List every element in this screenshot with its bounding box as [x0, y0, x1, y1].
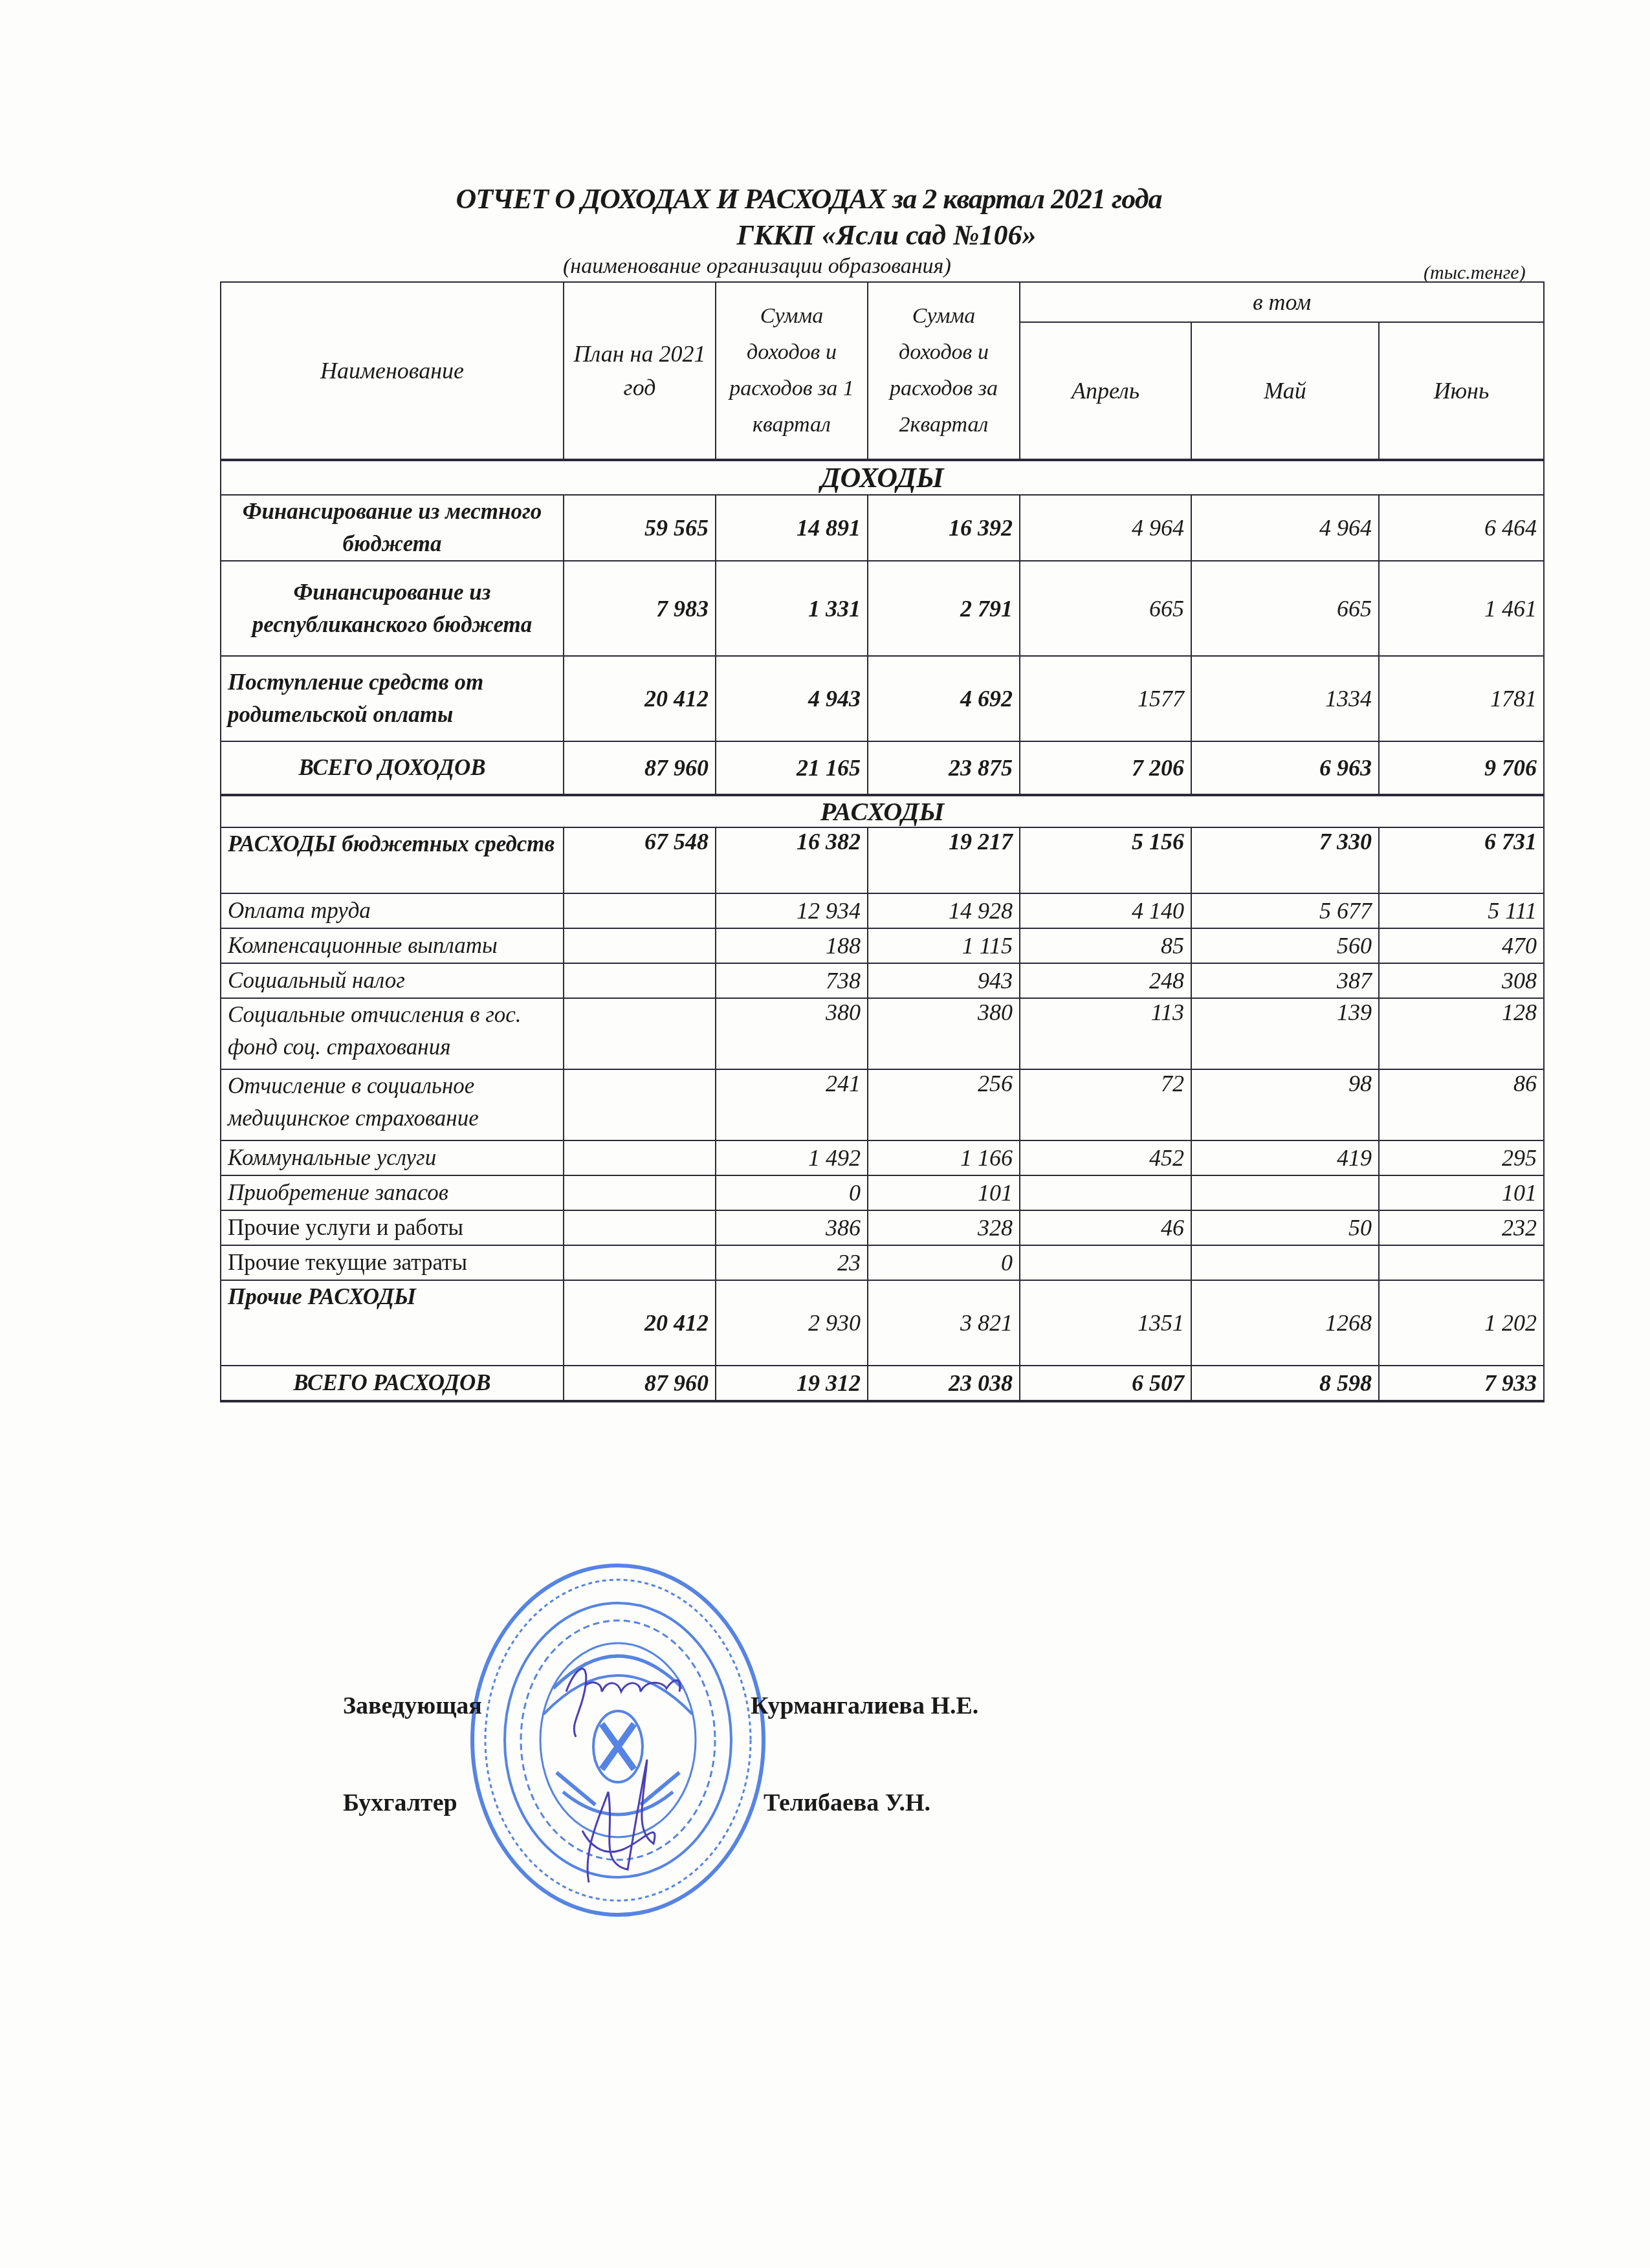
- cell-june: [1379, 1245, 1544, 1280]
- cell-june: 1 461: [1379, 561, 1544, 656]
- cell-plan: [564, 963, 716, 998]
- cell-june: 295: [1379, 1140, 1544, 1175]
- cell-q2: 101: [868, 1175, 1020, 1210]
- table-row: Поступление средств от родительской опла…: [221, 656, 1544, 741]
- cell-june: 6 464: [1379, 495, 1544, 561]
- cell-q2: 16 392: [868, 495, 1020, 561]
- row-label: Финансирование из республиканского бюдже…: [221, 561, 564, 656]
- row-label: Коммунальные услуги: [221, 1140, 564, 1175]
- cell-april: 46: [1020, 1210, 1191, 1245]
- cell-q1: 241: [716, 1069, 868, 1140]
- cell-q1: 188: [716, 928, 868, 963]
- table-row: Финансирование из местного бюджета59 565…: [221, 495, 1544, 561]
- header-q1: Сумма доходов и расходов за 1 квартал: [716, 282, 868, 460]
- header-plan: План на 2021 год: [564, 282, 716, 460]
- cell-plan: 59 565: [564, 495, 716, 561]
- cell-june: 470: [1379, 928, 1544, 963]
- table-row: Прочие услуги и работы3863284650232: [221, 1210, 1544, 1245]
- cell-june: 86: [1379, 1069, 1544, 1140]
- cell-q1: 14 891: [716, 495, 868, 561]
- organization-name: ГККП «Ясли сад №106»: [725, 219, 1048, 252]
- cell-plan: [564, 928, 716, 963]
- cell-q2: 2 791: [868, 561, 1020, 656]
- organization-caption: (наименование организации образования): [563, 254, 951, 279]
- row-label: Поступление средств от родительской опла…: [221, 656, 564, 741]
- cell-april: 113: [1020, 998, 1191, 1069]
- cell-q1: 386: [716, 1210, 868, 1245]
- cell-april: 5 156: [1020, 827, 1191, 893]
- cell-q2: 23 875: [868, 741, 1020, 795]
- cell-april: 248: [1020, 963, 1191, 998]
- cell-q1: 2 930: [716, 1280, 868, 1366]
- cell-q2: 256: [868, 1069, 1020, 1140]
- row-label: ВСЕГО РАСХОДОВ: [221, 1366, 564, 1401]
- cell-june: 1781: [1379, 656, 1544, 741]
- table-row: Финансирование из республиканского бюдже…: [221, 561, 1544, 656]
- cell-may: 8 598: [1191, 1366, 1379, 1401]
- cell-may: 7 330: [1191, 827, 1379, 893]
- header-name: Наименование: [221, 282, 564, 460]
- row-label: Компенсационные выплаты: [221, 928, 564, 963]
- cell-plan: [564, 1210, 716, 1245]
- table-row: РАСХОДЫ бюджетных средств67 54816 38219 …: [221, 827, 1544, 893]
- row-label: Прочие услуги и работы: [221, 1210, 564, 1245]
- cell-q1: 19 312: [716, 1366, 868, 1401]
- cell-q2: 23 038: [868, 1366, 1020, 1401]
- cell-plan: [564, 998, 716, 1069]
- cell-june: 5 111: [1379, 893, 1544, 928]
- cell-may: [1191, 1245, 1379, 1280]
- row-label: ВСЕГО ДОХОДОВ: [221, 741, 564, 795]
- cell-june: 1 202: [1379, 1280, 1544, 1366]
- cell-plan: 87 960: [564, 741, 716, 795]
- cell-april: 7 206: [1020, 741, 1191, 795]
- header-april: Апрель: [1020, 322, 1191, 460]
- cell-may: 560: [1191, 928, 1379, 963]
- cell-q2: 3 821: [868, 1280, 1020, 1366]
- cell-q2: 1 166: [868, 1140, 1020, 1175]
- cell-april: 4 964: [1020, 495, 1191, 561]
- cell-q2: 943: [868, 963, 1020, 998]
- accountant-role: Бухгалтер: [343, 1789, 457, 1817]
- cell-q2: 0: [868, 1245, 1020, 1280]
- table-row: Компенсационные выплаты1881 11585560470: [221, 928, 1544, 963]
- row-label: Финансирование из местного бюджета: [221, 495, 564, 561]
- header-june: Июнь: [1379, 322, 1544, 460]
- accountant-name: Телибаева У.Н.: [764, 1789, 930, 1817]
- cell-may: 50: [1191, 1210, 1379, 1245]
- cell-april: 452: [1020, 1140, 1191, 1175]
- cell-q2: 1 115: [868, 928, 1020, 963]
- cell-q1: 738: [716, 963, 868, 998]
- cell-q2: 19 217: [868, 827, 1020, 893]
- cell-june: 9 706: [1379, 741, 1544, 795]
- cell-plan: 67 548: [564, 827, 716, 893]
- director-role: Заведующая: [343, 1692, 482, 1720]
- row-label: Социальные отчисления в гос. фонд соц. с…: [221, 998, 564, 1069]
- row-label: Социальный налог: [221, 963, 564, 998]
- cell-june: 128: [1379, 998, 1544, 1069]
- section-heading: ДОХОДЫ: [221, 460, 1544, 495]
- cell-q1: 4 943: [716, 656, 868, 741]
- cell-q1: 1 331: [716, 561, 868, 656]
- table-row: Коммунальные услуги1 4921 166452419295: [221, 1140, 1544, 1175]
- header-may: Май: [1191, 322, 1379, 460]
- cell-q2: 380: [868, 998, 1020, 1069]
- cell-plan: [564, 1175, 716, 1210]
- header-q2: Сумма доходов и расходов за 2квартал: [868, 282, 1020, 460]
- cell-may: 665: [1191, 561, 1379, 656]
- cell-april: [1020, 1245, 1191, 1280]
- cell-may: 1268: [1191, 1280, 1379, 1366]
- income-expense-table: Наименование План на 2021 год Сумма дохо…: [220, 281, 1545, 1402]
- table-row: Прочие РАСХОДЫ20 4122 9303 821135112681 …: [221, 1280, 1544, 1366]
- cell-q2: 14 928: [868, 893, 1020, 928]
- cell-may: 419: [1191, 1140, 1379, 1175]
- cell-plan: [564, 1140, 716, 1175]
- cell-june: 101: [1379, 1175, 1544, 1210]
- cell-april: 1351: [1020, 1280, 1191, 1366]
- cell-april: 665: [1020, 561, 1191, 656]
- cell-q1: 0: [716, 1175, 868, 1210]
- units-label: (тыс.тенге): [1424, 262, 1526, 284]
- header-group: в том: [1020, 282, 1544, 322]
- cell-plan: 20 412: [564, 656, 716, 741]
- table-row: ВСЕГО РАСХОДОВ87 96019 31223 0386 5078 5…: [221, 1366, 1544, 1401]
- director-name: Курмангалиева Н.Е.: [751, 1692, 978, 1720]
- cell-may: 6 963: [1191, 741, 1379, 795]
- accountant-signature: [563, 1734, 673, 1895]
- cell-may: 4 964: [1191, 495, 1379, 561]
- cell-may: 387: [1191, 963, 1379, 998]
- cell-plan: [564, 1245, 716, 1280]
- cell-june: 308: [1379, 963, 1544, 998]
- cell-plan: 7 983: [564, 561, 716, 656]
- cell-q1: 380: [716, 998, 868, 1069]
- cell-may: [1191, 1175, 1379, 1210]
- cell-april: 72: [1020, 1069, 1191, 1140]
- cell-april: 1577: [1020, 656, 1191, 741]
- cell-plan: [564, 893, 716, 928]
- cell-plan: 20 412: [564, 1280, 716, 1366]
- cell-june: 232: [1379, 1210, 1544, 1245]
- cell-april: 6 507: [1020, 1366, 1191, 1401]
- table-row: Прочие текущие затраты230: [221, 1245, 1544, 1280]
- cell-april: 85: [1020, 928, 1191, 963]
- table-row: Социальный налог738943248387308: [221, 963, 1544, 998]
- cell-june: 7 933: [1379, 1366, 1544, 1401]
- cell-q1: 1 492: [716, 1140, 868, 1175]
- row-label: Прочие текущие затраты: [221, 1245, 564, 1280]
- cell-plan: [564, 1069, 716, 1140]
- row-label: РАСХОДЫ бюджетных средств: [221, 827, 564, 893]
- row-label: Оплата труда: [221, 893, 564, 928]
- row-label: Прочие РАСХОДЫ: [221, 1280, 564, 1366]
- row-label: Приобретение запасов: [221, 1175, 564, 1210]
- row-label: Отчисление в социальное медицинское стра…: [221, 1069, 564, 1140]
- table-row: Социальные отчисления в гос. фонд соц. с…: [221, 998, 1544, 1069]
- cell-april: 4 140: [1020, 893, 1191, 928]
- cell-q1: 16 382: [716, 827, 868, 893]
- table-row: ВСЕГО ДОХОДОВ87 96021 16523 8757 2066 96…: [221, 741, 1544, 795]
- table-row: Приобретение запасов0101101: [221, 1175, 1544, 1210]
- cell-june: 6 731: [1379, 827, 1544, 893]
- table-row: Отчисление в социальное медицинское стра…: [221, 1069, 1544, 1140]
- director-signature: [556, 1653, 686, 1743]
- cell-plan: 87 960: [564, 1366, 716, 1401]
- cell-q2: 4 692: [868, 656, 1020, 741]
- cell-q1: 23: [716, 1245, 868, 1280]
- table-row: Оплата труда12 93414 9284 1405 6775 111: [221, 893, 1544, 928]
- cell-q1: 21 165: [716, 741, 868, 795]
- cell-q2: 328: [868, 1210, 1020, 1245]
- cell-may: 5 677: [1191, 893, 1379, 928]
- cell-may: 139: [1191, 998, 1379, 1069]
- cell-april: [1020, 1175, 1191, 1210]
- cell-q1: 12 934: [716, 893, 868, 928]
- cell-may: 98: [1191, 1069, 1379, 1140]
- report-title: ОТЧЕТ О ДОХОДАХ И РАСХОДАХ за 2 квартал …: [453, 182, 1165, 215]
- section-heading: РАСХОДЫ: [221, 795, 1544, 827]
- cell-may: 1334: [1191, 656, 1379, 741]
